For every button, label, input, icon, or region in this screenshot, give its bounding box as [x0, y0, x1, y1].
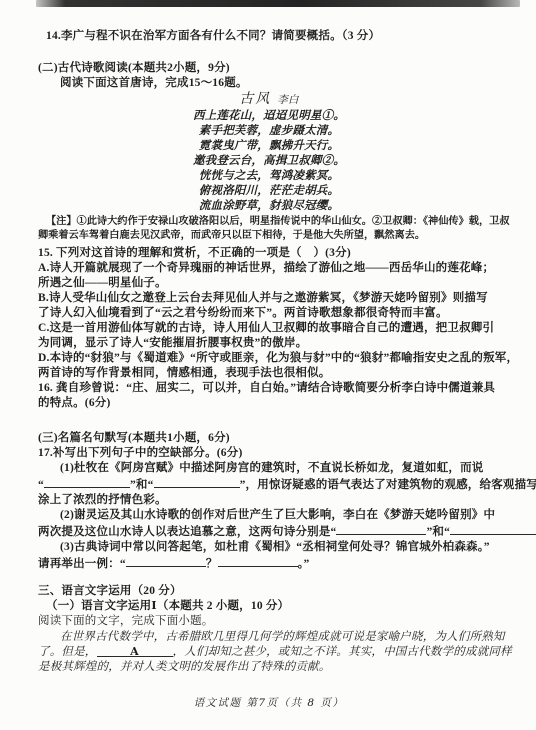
poem-line: 流血涂野草，豺狼尽冠缨。	[38, 198, 520, 213]
poem-body: 西上莲花山，迢迢见明星①。 素手把芙蓉，虚步蹑太清。 霓裳曳广带，飘拂升天行。 …	[38, 108, 520, 213]
fill-in-blank	[154, 476, 240, 488]
q17-item1-line: “”和“”，用惊讶疑惑的语气表达了对建筑物的观感，给客观描写	[38, 476, 520, 493]
question-17-stem: 17.补写出下列句子中的空缺部分。(6分)	[38, 446, 520, 461]
poem-line: 邀我登云台，高揖卫叔卿②。	[38, 153, 520, 168]
fill-in-blank	[450, 523, 536, 535]
section-language-heading: 三、语言文字运用（20 分）	[38, 584, 520, 599]
option-c-line: C.这是一首用游仙体写就的古诗，诗人用仙人卫叔卿的故事暗合自己的遭遇，把卫叔卿引	[38, 321, 520, 336]
option-d-line: D.本诗的“豺狼”与《蜀道难》“所守或匪亲，化为狼与豺”中的“狼豺”都喻指安史之…	[38, 351, 520, 366]
section-ii-heading: (二)古代诗歌阅读(本题共2小题，9分)	[38, 61, 520, 76]
passage-line: 是极其辉煌的，并对人类文明的发展作出了特殊的贡献。	[38, 659, 520, 674]
q17-item2-line: 两次提及这位山水诗人以表达追慕之意，这两句诗分别是“”和“”。	[38, 523, 520, 540]
option-b-line: 了诗人幻入仙境看到了“云之君兮纷纷而来下”。两首诗歌想象都很奇特而丰富。	[38, 306, 520, 321]
fill-in-blank	[336, 523, 426, 535]
fill-in-blank	[218, 555, 298, 567]
fill-in-blank	[44, 476, 130, 488]
question-16-line: 的特点。(6分)	[38, 396, 520, 411]
poem-line: 恍恍与之去，驾鸿凌紫冥。	[38, 168, 520, 183]
poem-author: 李白	[277, 94, 298, 106]
poem-line: 素手把芙蓉，虚步蹑太清。	[38, 123, 520, 138]
q17-item3-line: 请再举出一例：“？。”	[38, 555, 520, 572]
poem-note-line: 卿乘着云车驾着白鹿去见汉武帝，而武帝只以臣下相待，于是他大失所望，飘然离去。	[38, 229, 520, 243]
page-footer: 语文试题 第7页（共 8 页）	[38, 696, 520, 711]
passage-line: 了。但是，A，人们却知之甚少，或知之不详。其实，中国古代数学的成就同样	[38, 644, 520, 659]
poem-note-line: 【注】①此诗大约作于安禄山攻破洛阳以后，明星指传说中的华山仙女。②卫叔卿：《神仙…	[38, 215, 520, 229]
question-16-line: 16. 龚自珍曾说：“庄、屈实二，可以并，自白始。”请结合诗歌简要分析李白诗中儒…	[38, 381, 520, 396]
option-c-line: 为同调，显示了诗人“安能摧眉折腰事权贵”的傲岸。	[38, 336, 520, 351]
poem-line: 俯视洛阳川，茫茫走胡兵。	[38, 183, 520, 198]
q17-item2-line: (2)谢灵运及其山水诗歌的创作对后世产生了巨大影响，李白在《梦游天姥吟留别》中	[38, 508, 520, 523]
poem-line: 霓裳曳广带，飘拂升天行。	[38, 138, 520, 153]
passage-line: 在世界古代数学中，古希腊欧几里得几何学的辉煌成就可说是家喻户晓，为人们所熟知	[38, 629, 520, 644]
spacer	[38, 44, 520, 61]
question-14: 14.李广与程不识在治军方面各有什么不同？请简要概括。（3 分）	[38, 29, 520, 44]
spacer	[38, 572, 520, 584]
exam-page: 14.李广与程不识在治军方面各有什么不同？请简要概括。（3 分） (二)古代诗歌…	[0, 0, 536, 730]
fill-in-blank	[126, 555, 206, 567]
option-a-line: 所遇之仙——明星仙子。	[38, 276, 520, 291]
scan-artifact-bar	[36, 0, 520, 7]
option-b-line: B.诗人受华山仙女之邀登上云台去拜见仙人并与之遨游紫冥，《梦游天姥吟留别》则描写	[38, 291, 520, 306]
spacer	[38, 411, 520, 431]
option-a-line: A.诗人开篇就展现了一个奇异瑰丽的神话世界，描绘了游仙之地——西岳华山的莲花峰；	[38, 261, 520, 276]
poem-reading-intro: 阅读下面这首唐诗，完成15～16题。	[38, 76, 520, 91]
section-iii-heading: (三)名篇名句默写(本题共1小题，6分)	[38, 431, 520, 446]
q17-item1-line: 涂上了浓烈的抒情色彩。	[38, 493, 520, 508]
language-intro: 阅读下面的文字，完成下面小题。	[38, 614, 520, 629]
q17-item3-line: (3)古典诗词中常以问答起笔，如杜甫《蜀相》“丞相祠堂何处寻？锦官城外柏森森。”	[38, 540, 520, 555]
question-15-stem: 15. 下列对这首诗的理解和赏析，不正确的一项是（ ）(3分)	[38, 246, 520, 261]
language-sub-heading: （一）语言文字运用Ⅰ（本题共 2 小题，10 分）	[38, 599, 520, 614]
poem-line: 西上莲花山，迢迢见明星①。	[38, 108, 520, 123]
poem-title-line: 古风李白	[38, 91, 520, 108]
fill-in-blank-a: A	[97, 645, 173, 657]
option-d-line: 两首诗的写作背景相同，情感相通，表现手法也很相似。	[38, 366, 520, 381]
poem-title: 古风	[239, 91, 271, 107]
q17-item1-line: (1)杜牧在《阿房宫赋》中描述阿房宫的建筑时，不直说长桥如龙，复道如虹，而说	[38, 461, 520, 476]
spacer	[38, 674, 520, 696]
